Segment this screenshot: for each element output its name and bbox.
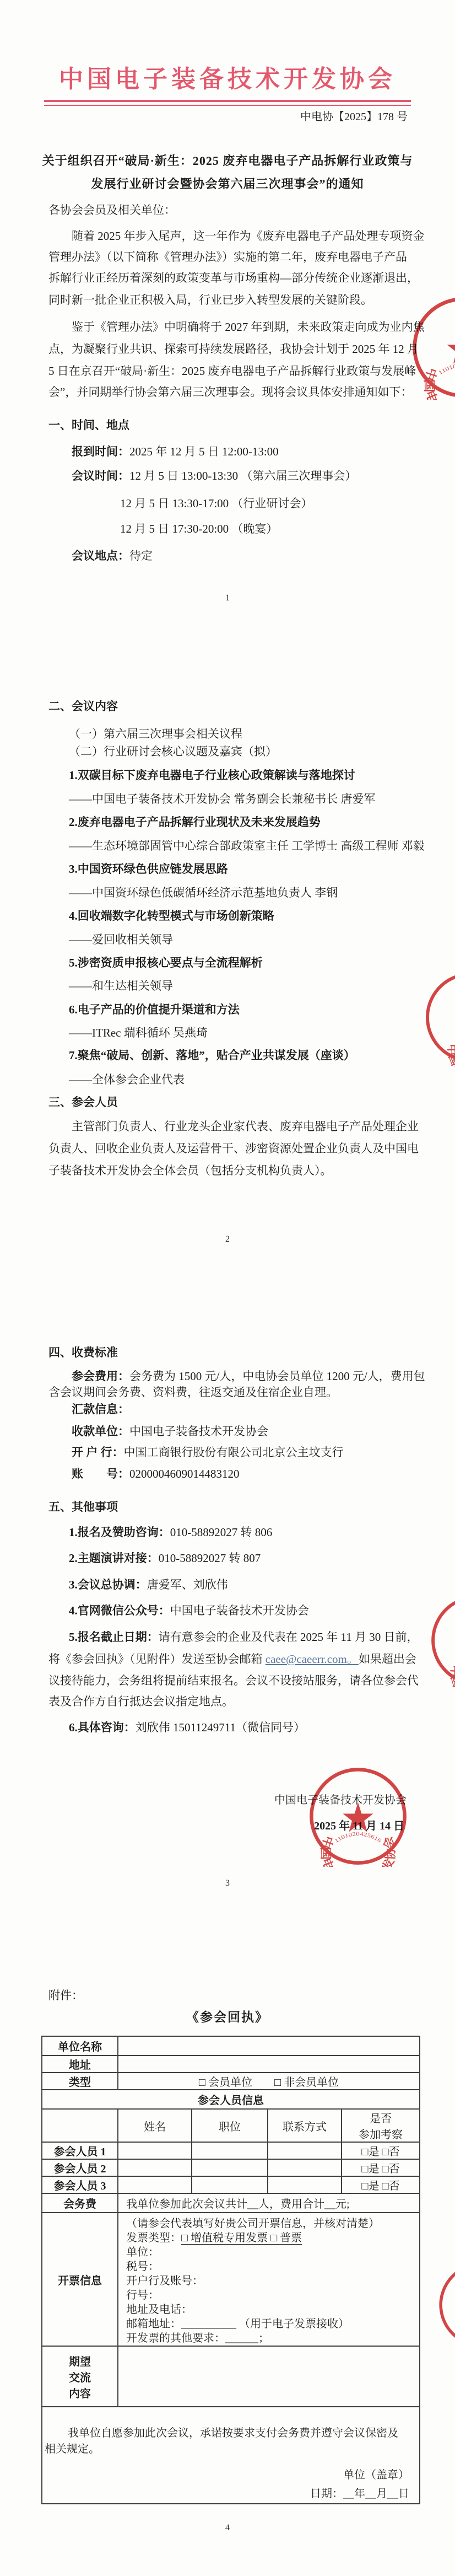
attachment-label: 附件：: [48, 1988, 83, 2003]
account-label: 账 号：: [72, 1467, 129, 1480]
org-header-title: 中国电子装备技术开发协会: [0, 64, 455, 94]
other-item: 2.主题演讲对接：010-58892027 转 807: [69, 1551, 261, 1565]
page-number-3: 3: [0, 1878, 455, 1889]
col-title-header: 职位: [192, 2109, 268, 2142]
bank-label: 开 户 行：: [72, 1446, 124, 1459]
other-item: 5.报名截止日期：请有意参会的企业及代表在 2025 年 11 月 30 日前，: [69, 1630, 418, 1644]
unit-name-field: [118, 2036, 420, 2056]
bank-value: 中国工商银行股份有限公司北京公主坟支行: [124, 1446, 344, 1459]
stamp-number: 1101020425616: [334, 1831, 382, 1844]
attendee1-label: 参会人员 1: [42, 2142, 118, 2159]
attendee1-title: [192, 2142, 268, 2159]
fee-line1: 参会费用：会务费为 1500 元/人，中电协会员单位 1200 元/人，费用包: [72, 1369, 425, 1383]
fee-row-text: 我单位参加此次会议共计__人，费用合计__元;: [118, 2193, 420, 2213]
section2-sub2: （二）行业研讨会核心议题及嘉宾（拟）: [69, 744, 277, 759]
stamp-number: 1101020425616: [437, 363, 455, 376]
schedule-value: 12 月 5 日 13:00-13:30 （第六届三次理事会）: [129, 469, 356, 482]
page-number-2: 2: [0, 1234, 455, 1245]
doc-number: 中电协【2025】178 号: [300, 110, 408, 124]
schedule-line: 会议时间：12 月 5 日 13:00-13:30 （第六届三次理事会）: [72, 469, 356, 483]
other-item: 3.会议总协调：唐爱军、刘欣伟: [69, 1577, 228, 1592]
schedule-label: 报到时间：: [72, 445, 129, 458]
expect-label-line2: 交流: [45, 2369, 115, 2385]
other-item-label: 6.具体咨询：: [69, 1721, 136, 1734]
account-line: 账 号：0200004609014483120: [72, 1467, 240, 1481]
schedule-line: 12 月 5 日 17:30-20:00 （晚宴）: [120, 522, 278, 536]
col-contact-header: 联系方式: [268, 2109, 342, 2142]
other-item-value: 唐爱军、刘欣伟: [147, 1578, 228, 1591]
para2-line: 鉴于《管理办法》中明确将于 2027 年到期，未来政策走向成为业内焦: [72, 320, 425, 334]
stamp-org-text: 中国电子装备技术开发协会: [442, 1021, 455, 1077]
attendee3-title: [192, 2176, 268, 2193]
type-label: 类型: [42, 2073, 118, 2090]
invoice-tax: 税号：: [126, 2260, 419, 2274]
schedule-label: 会议地点：: [72, 549, 129, 562]
section3-heading: 三、参会人员: [48, 1095, 118, 1109]
attendee2-title: [192, 2159, 268, 2176]
fee-line2: 含会议期间会务费、资料费，往返交通及住宿企业自理。: [48, 1385, 338, 1399]
attendee3-visit-checkboxes: □是 □否: [342, 2176, 420, 2193]
address-field: [118, 2056, 420, 2073]
payee-value: 中国电子装备技术开发协会: [129, 1425, 268, 1438]
attendee3-name: [118, 2176, 192, 2193]
agenda-speaker: ——和生达相关领导: [69, 979, 173, 993]
other-item-value: 刘欣伟 15011249711（微信同号）: [136, 1721, 305, 1734]
account-value: 0200004609014483120: [129, 1467, 240, 1480]
invoice-note: （请参会代表填写好贵公司开票信息，并核对清楚）: [126, 2217, 419, 2231]
agenda-speaker: ——ITRec 瑞科循环 吴燕琦: [69, 1026, 208, 1040]
deadline-post: 如果超出会: [359, 1652, 416, 1666]
section5-heading: 五、其他事项: [48, 1500, 118, 1514]
receipt-title: 《参会回执》: [0, 2010, 455, 2026]
type-checkboxes: □ 会员单位 □ 非会员单位: [118, 2073, 420, 2090]
expect-label-line1: 期望: [45, 2353, 115, 2369]
invoice-type-checkboxes: □ 增值税专用发票 □ 普票: [181, 2232, 302, 2245]
svg-text:1101020425616: 1101020425616: [437, 363, 455, 376]
other-item-label: 3.会议总协调：: [69, 1578, 147, 1591]
blank-header-cell: [42, 2109, 118, 2142]
other-item-value: 请有意参会的企业及代表在 2025 年 11 月 30 日前，: [159, 1630, 419, 1644]
attendee-info-header: 参会人员信息: [42, 2090, 420, 2109]
pledge-cell: 我单位自愿参加此次会议，承诺按要求支付会务费并遵守会议保密及 相关规定。 单位（…: [42, 2407, 420, 2504]
pledge-line1: 我单位自愿参加此次会议，承诺按要求支付会务费并遵守会议保密及: [45, 2424, 417, 2440]
para2-line: 会”，并同期举行协会第六届三次理事会。现将会议具体安排通知如下：: [48, 385, 412, 399]
other-item-label: 4.官网微信公众号：: [69, 1604, 170, 1617]
salutation: 各协会会员及相关单位：: [48, 203, 176, 217]
para1-line: 管理办法》（以下简称《管理办法》）实施的第二年，废弃电器电子产品: [48, 250, 407, 264]
invoice-mail: 邮箱地址：__________ （用于电子发票接收）: [126, 2317, 419, 2331]
col-visit-header: 是否 参加考察: [342, 2109, 420, 2142]
agenda-speaker: ——生态环境部固管中心综合部政策室主任 工学博士 高级工程师 邓毅: [69, 839, 425, 853]
schedule-value: 2025 年 12 月 5 日 12:00-13:00: [129, 445, 279, 458]
other-item-value: 010-58892027 转 806: [170, 1526, 273, 1539]
stamp-fragment-icon: 中国电子装备技术开发协会 1101020425616: [419, 1583, 455, 1700]
agenda-topic: 2.废弃电器电子产品拆解行业现状及未来发展趋势: [69, 815, 321, 829]
expect-label: 期望 交流 内容: [42, 2346, 118, 2407]
invoice-bankno: 行号：: [126, 2288, 419, 2303]
agenda-topic: 7.聚焦“破局、创新、落地”，贴合产业共谋发展（座谈）: [69, 1048, 355, 1062]
para2-line: 点，为凝聚行业共识、探索可持续发展路径，我协会计划于 2025 年 12 月: [48, 342, 419, 356]
section2-sub1: （一）第六届三次理事会相关议程: [69, 727, 242, 741]
invoice-label: 开票信息: [42, 2213, 118, 2346]
other-item-value: 010-58892027 转 807: [159, 1552, 261, 1565]
pledge-line2: 相关规定。: [45, 2440, 417, 2456]
fee-row-label: 会务费: [42, 2193, 118, 2213]
bank-line: 开 户 行：中国工商银行股份有限公司北京公主坟支行: [72, 1445, 344, 1459]
agenda-topic: 4.回收端数字化转型模式与市场创新策略: [69, 909, 274, 923]
invoice-type-line: 发票类型：□ 增值税专用发票 □ 普票: [126, 2231, 419, 2245]
para1-line: 同时新一批企业正积极入局，行业已步入转型发展的关键阶段。: [48, 293, 372, 307]
deadline-pre: 将《参会回执》（见附件）发送至协会邮箱: [48, 1652, 266, 1666]
other-item-label: 5.报名截止日期：: [69, 1630, 159, 1644]
other-item-label: 2.主题演讲对接：: [69, 1552, 159, 1565]
col-name-header: 姓名: [118, 2109, 192, 2142]
email-link: caee@caeerr.com。: [266, 1652, 359, 1666]
other-item-value: 中国电子装备技术开发协会: [170, 1604, 309, 1617]
attendee2-visit-checkboxes: □是 □否: [342, 2159, 420, 2176]
expect-field: [118, 2346, 420, 2407]
agenda-speaker: ——爱回收相关领导: [69, 932, 173, 947]
section2-heading: 二、会议内容: [48, 699, 118, 713]
col-visit-line1: 是否: [344, 2110, 417, 2126]
svg-text:1101020425616: 1101020425616: [334, 1831, 382, 1844]
agenda-topic: 5.涉密资质申报核心要点与全流程解析: [69, 956, 263, 970]
agenda-speaker: ——全体参会企业代表: [69, 1072, 185, 1087]
attendee2-name: [118, 2159, 192, 2176]
invoice-bank: 开户行及账号：: [126, 2274, 419, 2288]
payee-label: 收款单位：: [72, 1425, 129, 1438]
receipt-table: 单位名称 地址 类型 □ 会员单位 □ 非会员单位 参会人员信息 姓名 职位 联…: [41, 2036, 420, 2504]
date-blank-label: 日期：＿年＿月＿日: [45, 2484, 409, 2503]
attendee2-contact: [268, 2159, 342, 2176]
attendee1-contact: [268, 2142, 342, 2159]
other-item: 1.报名及赞助咨询：010-58892027 转 806: [69, 1525, 272, 1539]
document-page: 中国电子装备技术开发协会 中电协【2025】178 号 关于组织召开“破局·新生…: [0, 0, 455, 2576]
payee-line: 收款单位：中国电子装备技术开发协会: [72, 1424, 268, 1439]
other-item: 4.官网微信公众号：中国电子装备技术开发协会: [69, 1603, 309, 1618]
unit-name-label: 单位名称: [42, 2036, 118, 2056]
page-number-1: 1: [0, 593, 455, 604]
agenda-topic: 1.双碳目标下废弃电器电子行业核心政策解读与落地探讨: [69, 768, 355, 782]
stamp-fragment-icon: 中国电子装备技术开发协会 1101020425616: [421, 2245, 455, 2368]
para3-line: 子装备技术开发协会全体会员（包括分支机构负责人）。: [48, 1163, 332, 1178]
deadline-line4: 表及合作方自行抵达会议指定地点。: [48, 1694, 234, 1709]
para1-line: 拆解行业正经历着深刻的政策变革与市场重构—部分传统企业逐渐退出，: [48, 271, 419, 285]
section1-heading: 一、时间、地点: [48, 418, 129, 432]
para1-line: 随着 2025 年步入尾声，这一年作为《废弃电器电子产品处理专项资金: [72, 229, 425, 243]
fee-text: 会务费为 1500 元/人，中电协会员单位 1200 元/人，费用包: [129, 1370, 425, 1383]
para3-line: 负责人、回收企业负责人及运营骨干、涉密资源处置企业负责人及中国电: [48, 1141, 419, 1156]
remit-label: 汇款信息：: [72, 1402, 129, 1416]
invoice-addr: 地址及电话：: [126, 2303, 419, 2317]
agenda-topic: 6.电子产品的价值提升渠道和方法: [69, 1002, 240, 1017]
attendee1-visit-checkboxes: □是 □否: [342, 2142, 420, 2159]
invoice-cell: （请参会代表填写好贵公司开票信息，并核对清楚） 发票类型：□ 增值税专用发票 □…: [118, 2213, 420, 2346]
fee-label: 参会费用：: [72, 1370, 129, 1383]
page-number-4: 4: [0, 2523, 455, 2534]
attendee3-contact: [268, 2176, 342, 2193]
para2-line: 5 日在京召开“破局·新生：2025 废弃电器电子产品拆解行业政策与发展峰: [48, 364, 416, 378]
schedule-line: 12 月 5 日 13:30-17:00 （行业研讨会）: [120, 496, 312, 511]
agenda-topic: 3.中国资环绿色供应链发展思路: [69, 862, 228, 876]
svg-text:中国电子装备技术开发协会: 中国电子装备技术开发协会: [442, 1021, 455, 1077]
other-item: 6.具体咨询：刘欣伟 15011249711（微信同号）: [69, 1720, 305, 1735]
address-label: 地址: [42, 2056, 118, 2073]
col-visit-line2: 参加考察: [344, 2126, 417, 2142]
seal-label: 单位（盖章）: [45, 2466, 409, 2484]
invoice-other: 开发票的其他要求：______；: [126, 2331, 419, 2346]
schedule-line: 会议地点：待定: [72, 549, 153, 563]
attendee3-label: 参会人员 3: [42, 2176, 118, 2193]
header-rule-thick: [44, 100, 411, 102]
deadline-line2: 将《参会回执》（见附件）发送至协会邮箱 caee@caeerr.com。如果超出…: [48, 1652, 416, 1666]
invoice-type-label: 发票类型：: [126, 2232, 181, 2244]
para3-line: 主管部门负责人、行业龙头企业家代表、废弃电器电子产品处理企业: [72, 1119, 419, 1134]
notice-title-line2: 发展行业研讨会暨协会第六届三次理事会”的通知: [0, 176, 455, 192]
stamp-fragment-icon: 中国电子装备技术开发协会 1101020425616: [410, 957, 455, 1080]
header-rule-thin: [44, 105, 411, 106]
agenda-speaker: ——中国电子装备技术开发协会 常务副会长兼秘书长 唐爱军: [69, 792, 376, 806]
other-item-label: 1.报名及赞助咨询：: [69, 1526, 170, 1539]
deadline-line3: 议接待能力，会务组将提前结束报名。会议不设接站服务，请各位参会代: [48, 1673, 419, 1688]
section4-heading: 四、收费标准: [48, 1345, 118, 1360]
expect-label-line3: 内容: [45, 2385, 115, 2401]
schedule-label: 会议时间：: [72, 469, 129, 482]
official-stamp-icon: 中国电子装备技术开发协会 1101020425616: [307, 1765, 409, 1870]
attendee2-label: 参会人员 2: [42, 2159, 118, 2176]
schedule-value: 待定: [129, 549, 153, 562]
notice-title-line1: 关于组织召开“破局·新生：2025 废弃电器电子产品拆解行业政策与: [0, 153, 455, 169]
schedule-line: 报到时间：2025 年 12 月 5 日 12:00-13:00: [72, 444, 279, 459]
stamp-fragment-icon: 中国电子装备技术开发协会 1101020425616: [410, 295, 455, 402]
agenda-speaker: ——中国资环绿色低碳循环经济示范基地负责人 李钢: [69, 885, 338, 900]
attendee1-name: [118, 2142, 192, 2159]
invoice-unit: 单位：: [126, 2245, 419, 2260]
